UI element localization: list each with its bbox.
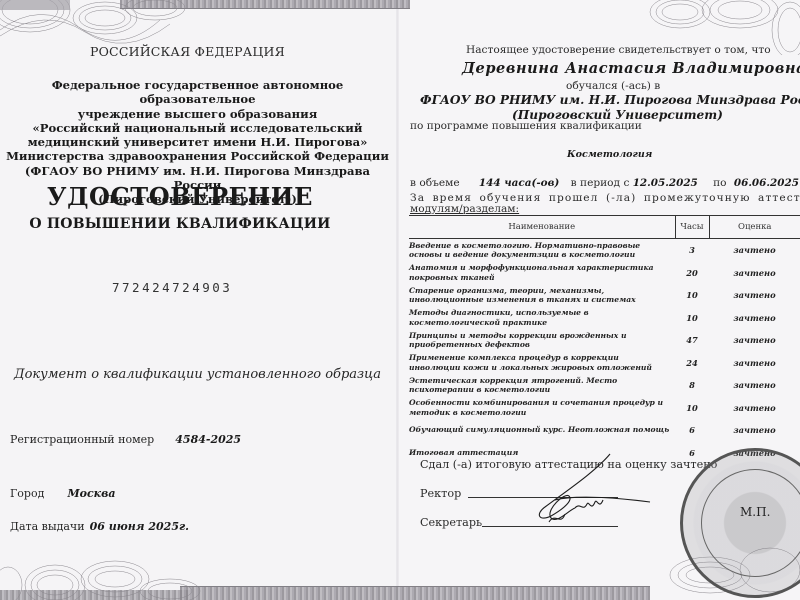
org-line: Федеральное государственное автономное о… — [0, 78, 395, 107]
table-row: Эстетическая коррекция ятрогений. Место … — [409, 374, 800, 397]
period-from-label: в период с — [571, 177, 630, 189]
period-to-label: по — [713, 177, 726, 189]
seal-inner-ring — [701, 469, 800, 577]
volume-value: 144 часа(-ов) — [479, 177, 559, 189]
table-row: Анатомия и морфофункциональная характери… — [409, 262, 800, 285]
module-hours: 10 — [675, 397, 709, 420]
document-subtitle: О ПОВЫШЕНИИ КВАЛИФИКАЦИИ — [0, 216, 360, 232]
program-name: Косметология — [567, 149, 652, 160]
page-fold — [396, 0, 399, 600]
module-grade: зачтено — [709, 352, 800, 375]
studied-text: обучался (-ась) в — [566, 80, 660, 92]
module-grade: зачтено — [709, 397, 800, 420]
table-row: Методы диагностики, используемые в косме… — [409, 307, 800, 330]
table-header-row: Наименование Часы Оценка — [409, 216, 800, 239]
module-grade: зачтено — [709, 307, 800, 330]
module-name: Анатомия и морфофункциональная характери… — [409, 262, 675, 285]
org-line: медицинский университет имени Н.И. Пирог… — [0, 135, 395, 149]
stamp-place-label: М.П. — [740, 505, 770, 519]
table-row: Старение организма, теории, механизмы, и… — [409, 284, 800, 307]
table-row: Принципы и методы коррекции врожденных и… — [409, 329, 800, 352]
rector-label: Ректор — [420, 487, 461, 500]
header-name: Наименование — [409, 216, 675, 239]
org-line: «Российский национальный исследовательск… — [0, 121, 395, 135]
module-name: Обучающий симуляционный курс. Неотложная… — [409, 419, 675, 442]
module-name: Особенности комбинирования и сочетания п… — [409, 397, 675, 420]
certifies-text: Настоящее удостоверение свидетельствует … — [466, 44, 771, 56]
module-hours: 20 — [675, 262, 709, 285]
volume-period-row: в объеме 144 часа(-ов) в период с 12.05.… — [410, 177, 799, 189]
registration-label: Регистрационный номер — [10, 433, 154, 446]
org-line: учреждение высшего образования — [0, 107, 395, 121]
module-grade: зачтено — [709, 374, 800, 397]
module-grade: зачтено — [709, 262, 800, 285]
module-name: Применение комплекса процедур в коррекци… — [409, 352, 675, 375]
city-label: Город — [10, 487, 44, 500]
module-hours: 8 — [675, 374, 709, 397]
table-row: Обучающий симуляционный курс. Неотложная… — [409, 419, 800, 442]
secretary-label: Секретарь — [420, 516, 482, 529]
serial-number: 772424724903 — [112, 280, 232, 295]
attestation-text-line2: модулям/разделам: — [410, 203, 519, 215]
program-intro: по программе повышения квалификации — [410, 120, 642, 132]
bottom-border-ornament — [180, 586, 650, 600]
guilloche-top-left-icon — [0, 0, 190, 45]
module-name: Эстетическая коррекция ятрогений. Место … — [409, 374, 675, 397]
module-grade: зачтено — [709, 239, 800, 262]
module-hours: 10 — [675, 307, 709, 330]
table-row: Применение комплекса процедур в коррекци… — [409, 352, 800, 375]
org-line: Министерства здравоохранения Российской … — [0, 149, 395, 163]
module-grade: зачтено — [709, 419, 800, 442]
issue-date-value: 06 июня 2025г. — [90, 520, 189, 533]
module-grade: зачтено — [709, 284, 800, 307]
period-to: 06.06.2025 — [734, 177, 799, 189]
signature-scribble-icon — [525, 452, 655, 532]
city-value: Москва — [67, 487, 115, 500]
country-name: РОССИЙСКАЯ ФЕДЕРАЦИЯ — [90, 44, 285, 59]
module-grade: зачтено — [709, 329, 800, 352]
module-name: Старение организма, теории, механизмы, и… — [409, 284, 675, 307]
guilloche-bottom-left-icon — [0, 555, 210, 600]
institution-line1: ФГАОУ ВО РНИМУ им. Н.И. Пирогова Минздра… — [420, 93, 800, 107]
module-hours: 3 — [675, 239, 709, 262]
module-hours: 24 — [675, 352, 709, 375]
registration-row: Регистрационный номер 4584-2025 — [10, 428, 241, 447]
period-from: 12.05.2025 — [633, 177, 698, 189]
registration-number: 4584-2025 — [175, 433, 241, 446]
document-title: УДОСТОВЕРЕНИЕ — [0, 182, 360, 211]
module-hours: 47 — [675, 329, 709, 352]
issue-date-row: Дата выдачи 06 июня 2025г. — [10, 515, 189, 534]
header-grade: Оценка — [709, 216, 800, 239]
city-row: Город Москва — [10, 482, 115, 501]
header-hours: Часы — [675, 216, 709, 239]
module-name: Методы диагностики, используемые в косме… — [409, 307, 675, 330]
module-name: Введение в косметологию. Нормативно-прав… — [409, 239, 675, 262]
holder-full-name: Деревнина Анастасия Владимировна — [462, 60, 800, 77]
module-hours: 10 — [675, 284, 709, 307]
modules-table: Наименование Часы Оценка Введение в косм… — [409, 215, 800, 464]
module-name: Принципы и методы коррекции врожденных и… — [409, 329, 675, 352]
table-row: Особенности комбинирования и сочетания п… — [409, 397, 800, 420]
module-hours: 6 — [675, 419, 709, 442]
volume-label: в объеме — [410, 177, 460, 189]
table-row: Введение в косметологию. Нормативно-прав… — [409, 239, 800, 262]
issue-date-label: Дата выдачи — [10, 520, 85, 533]
document-type: Документ о квалификации установленного о… — [14, 367, 381, 382]
